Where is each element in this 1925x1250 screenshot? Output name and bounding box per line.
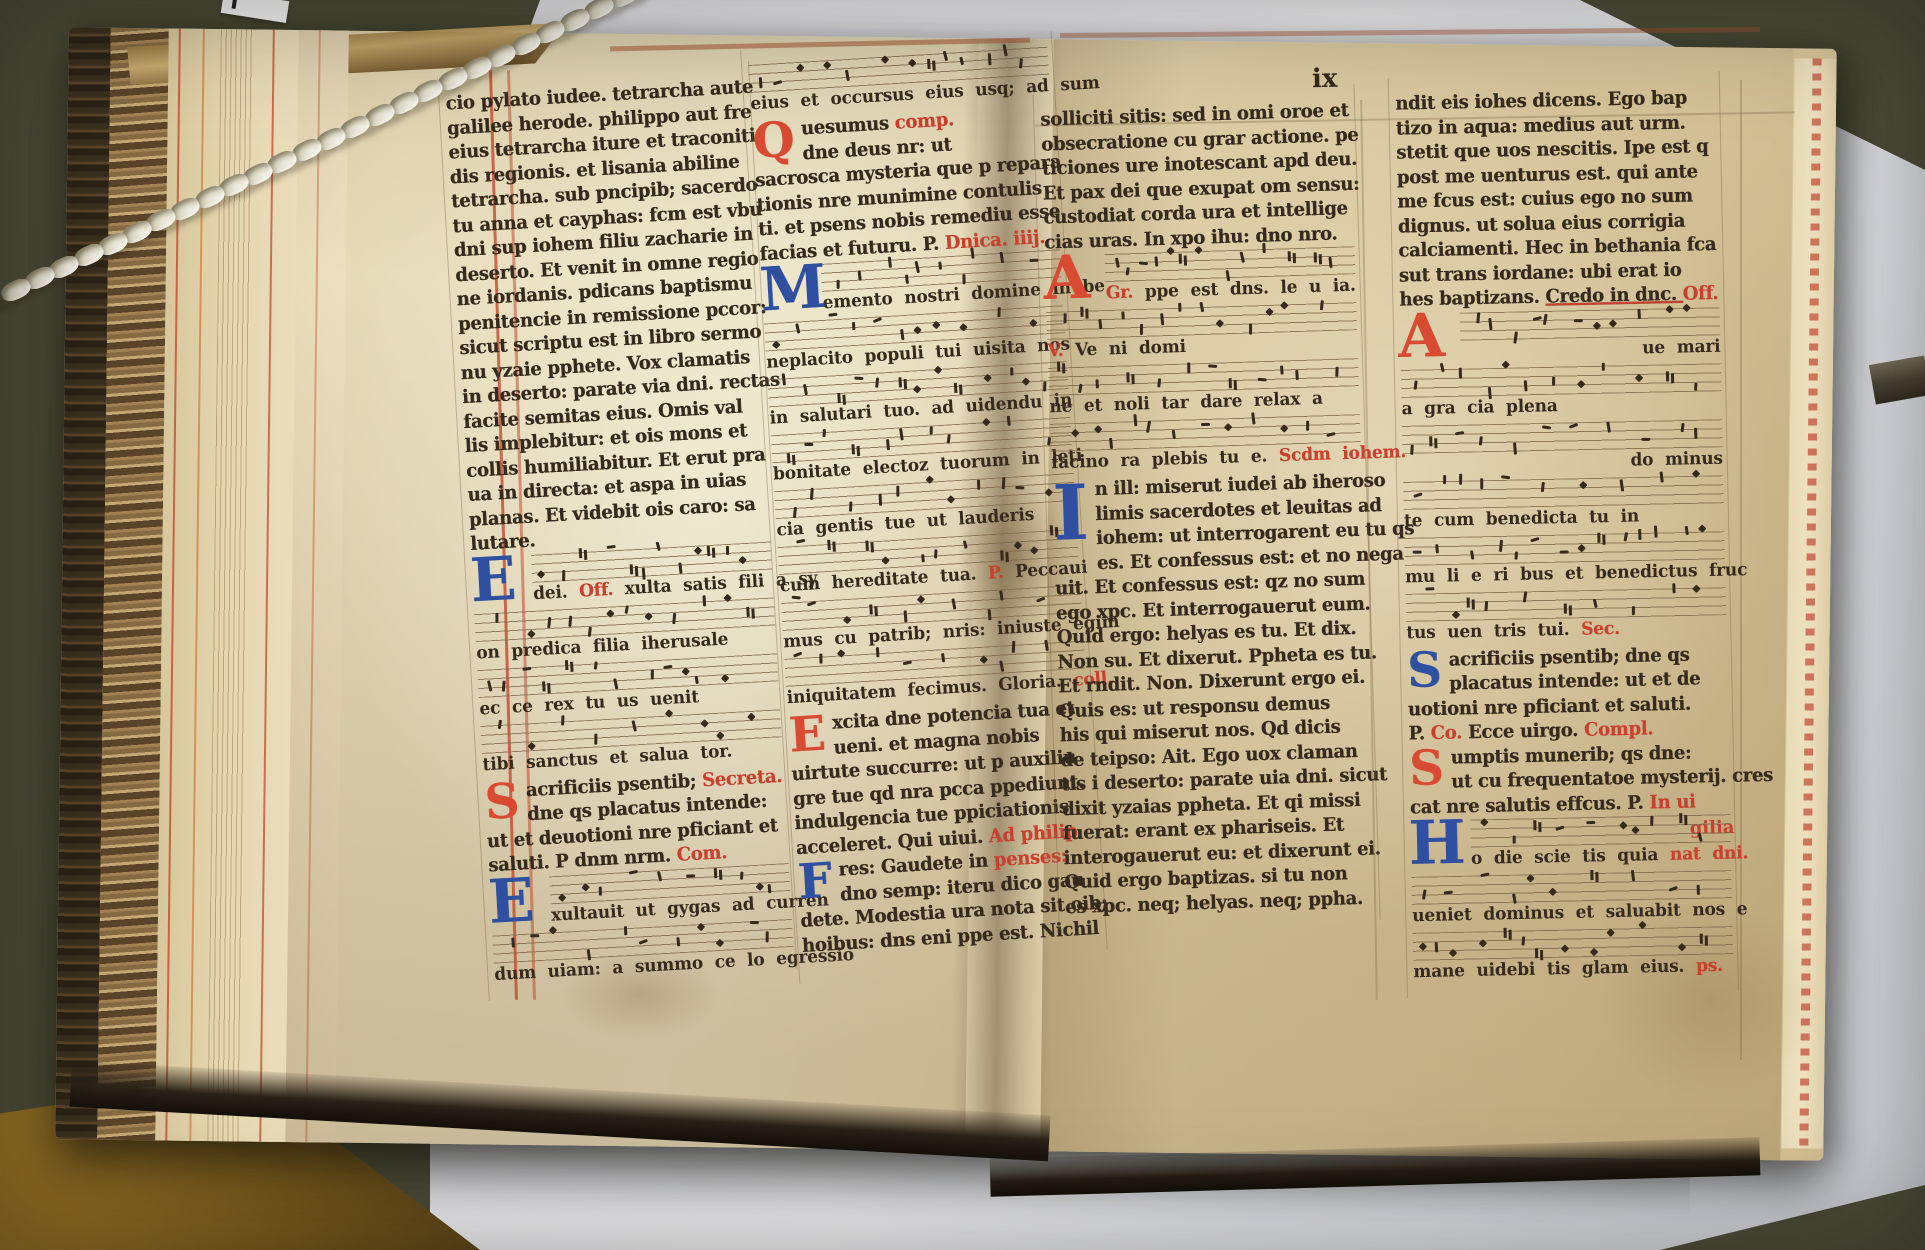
neume [823, 61, 831, 69]
neume [672, 612, 676, 623]
neume [697, 922, 705, 930]
neume [1172, 430, 1176, 440]
neume [1531, 536, 1540, 541]
neume [657, 871, 662, 882]
neume [624, 926, 627, 935]
rubric-text: Scdm iohem. [1279, 442, 1407, 467]
neume [1479, 939, 1487, 947]
neume [1696, 885, 1699, 895]
neume [1455, 431, 1464, 435]
neume [1476, 312, 1480, 324]
neume [714, 868, 718, 878]
neume [1694, 382, 1698, 390]
neume [1013, 541, 1021, 549]
illuminated-initial: H [1408, 815, 1466, 872]
neume [1257, 378, 1266, 382]
neume [1700, 934, 1703, 944]
neume [1155, 256, 1159, 266]
neume [497, 719, 501, 728]
neume [795, 323, 800, 333]
neume [1249, 323, 1252, 334]
neume [1320, 300, 1324, 311]
music-block: Aue maria gra cia plenado minuste cum be… [1400, 306, 1727, 649]
neume [1030, 546, 1038, 554]
neume [810, 488, 814, 500]
rubric-text: Compl. [1584, 718, 1654, 741]
neume [1109, 438, 1113, 449]
neume [845, 70, 850, 81]
neume [651, 669, 654, 679]
neume [1030, 319, 1038, 327]
neume [1160, 313, 1164, 325]
text-block: Sacrificiis psentib; Secreta.dne qs plac… [483, 764, 788, 879]
neume [527, 741, 535, 749]
rubric-text: V. [1047, 340, 1075, 361]
neume [1459, 473, 1462, 484]
neume [866, 541, 870, 551]
neume [1586, 821, 1595, 824]
neume [941, 653, 945, 662]
neume [804, 443, 813, 446]
neume [1094, 425, 1102, 433]
music-line: a gra cia plena [1401, 362, 1722, 425]
neume [886, 439, 890, 450]
neume [1126, 372, 1129, 382]
body-text: ue mari [1642, 336, 1721, 358]
neume [1095, 379, 1098, 388]
neume [1435, 544, 1439, 553]
neume [1187, 362, 1190, 373]
neume [1535, 948, 1538, 958]
neume [1295, 370, 1299, 380]
rubric-text: Off. [1682, 282, 1718, 305]
neume [1266, 308, 1274, 316]
neume [1698, 833, 1703, 842]
neume [1458, 367, 1461, 378]
neume [1443, 891, 1452, 895]
neume [988, 53, 992, 65]
tag-mark [232, 0, 238, 9]
neume [1619, 821, 1627, 829]
neume [1208, 364, 1217, 368]
paper-tag [221, 0, 290, 23]
neume [1043, 381, 1046, 391]
neume [1569, 422, 1578, 428]
neume [916, 595, 924, 603]
rubric-text: ps. [1696, 955, 1723, 976]
neume [717, 731, 725, 739]
neume [932, 321, 940, 329]
neume [588, 626, 592, 636]
neume [547, 616, 551, 627]
neume [765, 931, 768, 942]
neume [977, 480, 980, 490]
neume [694, 546, 702, 554]
rubric-text: P. [987, 562, 1015, 584]
neume [1057, 361, 1060, 371]
music-line: V. Ve ni domi [1046, 301, 1358, 367]
neume [581, 883, 589, 891]
neume [1000, 550, 1004, 560]
neume [1001, 477, 1005, 489]
neume [1590, 870, 1593, 880]
neume [1280, 365, 1284, 375]
neume [1677, 943, 1685, 951]
neume [1122, 311, 1125, 320]
metal-clasp [1869, 355, 1925, 404]
neume [629, 869, 638, 874]
neume [1592, 598, 1597, 607]
neume [686, 874, 695, 877]
rubric-text: Gr. [1106, 282, 1146, 304]
neume [502, 680, 506, 691]
neume [594, 733, 597, 744]
neume [625, 605, 629, 613]
neume [747, 712, 755, 720]
neume [487, 680, 492, 692]
neume [706, 545, 710, 555]
neume [1609, 319, 1617, 327]
illuminated-initial: M [758, 259, 828, 319]
neume [1422, 889, 1427, 899]
neume [1499, 539, 1503, 551]
neume [639, 938, 648, 944]
neume [1224, 423, 1232, 431]
neume [606, 609, 614, 617]
neume [930, 426, 933, 435]
neume [1335, 367, 1338, 378]
neume [1524, 380, 1528, 391]
neume [1313, 252, 1316, 262]
text-block: Excita dne potencia tua etueni. et magna… [788, 695, 1096, 860]
neume [1178, 303, 1181, 312]
neume [1036, 597, 1045, 603]
neume [1632, 826, 1640, 834]
neume [562, 570, 565, 581]
neume [1601, 362, 1604, 370]
neume [1541, 481, 1545, 492]
neume [1306, 421, 1309, 431]
music-line: ne et noli tar dare relax a [1048, 357, 1360, 423]
neume [1500, 475, 1509, 479]
neume [645, 612, 653, 620]
neume [1157, 378, 1161, 387]
neume [700, 719, 708, 727]
neume [1012, 641, 1016, 653]
neume [827, 540, 831, 550]
neume [1480, 872, 1489, 877]
neume [1019, 58, 1023, 68]
music-line: te cum benedicta tu in [1403, 474, 1724, 537]
neume [899, 377, 903, 387]
folio-number: ix [1312, 64, 1338, 94]
music-staff [1460, 307, 1721, 341]
body-text: dei. [533, 581, 580, 604]
neume [773, 80, 782, 85]
neume [1679, 813, 1682, 823]
neume [1044, 640, 1049, 652]
rubric-text: Sec. [1581, 618, 1620, 639]
illuminated-initial: E [487, 872, 536, 930]
manuscript-photo: ix cio pylato iudee. tetrarcha autegalil… [0, 0, 1925, 1250]
neume [1064, 313, 1067, 323]
neume [951, 598, 956, 609]
neume [1693, 584, 1701, 592]
neume [787, 453, 791, 463]
body-text: acrificiis psentib; dne qs [1448, 644, 1689, 671]
neume [1452, 610, 1460, 618]
neume [1624, 532, 1629, 541]
neume [852, 322, 855, 330]
neume [537, 570, 545, 578]
neume [726, 545, 729, 554]
neume [921, 554, 925, 562]
text-block: ndit eis iohes dicens. Ego baptizo in aq… [1395, 85, 1720, 312]
neume [702, 595, 706, 606]
neume [962, 274, 965, 284]
neume [903, 660, 912, 665]
neume [999, 590, 1003, 601]
music-block: Hgiliao die scie tis quia nat dni.ueniet… [1410, 813, 1733, 988]
neume [1485, 601, 1489, 611]
neume [587, 949, 592, 960]
neume [511, 937, 515, 947]
body-text: me fcus est: cuius ego no sum [1397, 185, 1693, 213]
neume [561, 715, 565, 725]
neume [1641, 437, 1650, 440]
neume [1559, 550, 1568, 553]
neume [1552, 376, 1555, 385]
neume [1470, 550, 1474, 560]
neume [1514, 551, 1518, 560]
neume [1288, 251, 1291, 261]
neume [768, 884, 772, 894]
neume [1139, 261, 1148, 265]
neume [715, 938, 723, 946]
body-text: Ecce uirgo. [1468, 719, 1584, 743]
neume [1564, 603, 1567, 613]
neume [1597, 532, 1600, 542]
neume [681, 667, 689, 675]
neume [927, 59, 931, 69]
rubric-text: comp. [894, 109, 955, 134]
neume [1579, 480, 1587, 488]
neume [899, 428, 904, 440]
music-block: Memento nostri domine in beneplacito pop… [760, 248, 1087, 713]
neume [1577, 379, 1585, 387]
neume [1413, 492, 1422, 498]
neume [954, 383, 958, 393]
neume [740, 871, 743, 879]
edge-red-line [259, 30, 275, 1142]
neume [613, 678, 618, 689]
neume [1280, 424, 1288, 432]
neume [1078, 384, 1082, 393]
neume [820, 654, 823, 664]
neume [1590, 948, 1598, 956]
body-text: Credo in dnc. [1545, 283, 1683, 308]
neume [1521, 936, 1525, 945]
body-text: Ve ni domi [1075, 337, 1186, 361]
neume [900, 329, 904, 340]
neume [1326, 432, 1335, 437]
neume [1229, 378, 1232, 388]
illuminated-initial: E [469, 550, 518, 608]
neume [1638, 528, 1641, 539]
neume [881, 556, 889, 564]
neume [578, 548, 582, 558]
neume [1140, 324, 1143, 335]
neume [1666, 371, 1669, 381]
music-line: tus uen tris tui. Sec. [1405, 586, 1726, 649]
neume [1010, 367, 1013, 375]
neume [1410, 444, 1414, 454]
body-text: o die scie tis quia [1471, 844, 1670, 869]
neume [959, 323, 967, 331]
neume [1414, 380, 1418, 389]
neume [1573, 319, 1582, 322]
neume [1488, 317, 1492, 329]
rubric-text: Com. [676, 842, 728, 867]
neume [1592, 321, 1600, 329]
neume [1098, 319, 1102, 329]
neume [793, 507, 797, 518]
neume [914, 326, 922, 334]
neume [1467, 597, 1470, 607]
neume [1532, 316, 1541, 321]
music-line: mane uidebi tis glam eius. ps. [1413, 925, 1734, 988]
neume [1630, 870, 1634, 881]
neume [772, 341, 780, 349]
neume [1542, 425, 1551, 429]
neume [1549, 888, 1557, 896]
neume [1635, 373, 1643, 381]
fore-edge-red-speckle [1799, 59, 1821, 1149]
neume [1022, 377, 1030, 385]
neume [1429, 436, 1432, 446]
neume [1126, 267, 1130, 275]
neume [1694, 427, 1697, 438]
illuminated-initial: A [1398, 308, 1446, 365]
text-block: Sacrificiis psentib; dne qsplacatus inte… [1407, 642, 1729, 747]
neume [1479, 436, 1483, 445]
neume [803, 384, 808, 395]
neume [1543, 313, 1548, 324]
body-text: uesumus [800, 112, 895, 140]
neume [869, 604, 873, 614]
neume [1443, 475, 1446, 484]
neume [1000, 252, 1005, 263]
neume [1240, 252, 1245, 264]
neume [1561, 944, 1569, 952]
rubric-text: nat dni. [1670, 843, 1749, 865]
neume [843, 616, 851, 624]
neume [875, 378, 879, 388]
neume [1016, 486, 1025, 490]
neume [1179, 254, 1182, 264]
neume [854, 376, 863, 380]
edge-red-line [165, 29, 181, 1141]
neume [1480, 478, 1483, 489]
neume [1418, 942, 1426, 950]
neume [1650, 816, 1653, 826]
neume [1413, 550, 1422, 553]
neume [999, 660, 1004, 671]
neume [629, 564, 633, 574]
neume [876, 647, 880, 658]
neume [980, 655, 988, 663]
music-line: do minus [1402, 418, 1723, 481]
body-text: ndit eis iohes dicens. Ego bap [1395, 87, 1687, 115]
neume [943, 51, 948, 61]
neume [1680, 422, 1684, 431]
neume [1527, 874, 1535, 882]
neume [558, 893, 566, 901]
neume [836, 280, 839, 289]
neume [746, 606, 750, 616]
body-text: a gra cia plena [1401, 395, 1557, 419]
body-text: umptis munerib; qs dne: [1450, 741, 1691, 768]
neume [1280, 301, 1288, 309]
neume [878, 494, 882, 506]
neume [1672, 583, 1675, 593]
neume [1071, 429, 1079, 437]
text-block: Quesumus comp.dne deus nr: utsacrosca my… [751, 102, 1059, 267]
neume [881, 55, 889, 63]
neume [1215, 319, 1223, 327]
rubric-text: Secreta. [701, 765, 782, 791]
text-block: cio pylato iudee. tetrarcha autegalilee … [445, 75, 771, 557]
neume [677, 937, 681, 946]
body-text: te cum benedicta tu in [1404, 505, 1640, 531]
neume [1533, 820, 1536, 830]
body-text: do minus [1630, 448, 1723, 471]
neume [1262, 243, 1265, 253]
neume [1425, 587, 1434, 590]
neume [631, 720, 636, 731]
music-line: ue mari [1400, 306, 1721, 369]
text-block: solliciti sitis: sed in omi oroe etobsec… [1040, 98, 1354, 255]
rubric-text: Off. [578, 578, 625, 601]
neume [896, 486, 899, 497]
neume [721, 674, 729, 682]
neume [947, 495, 955, 503]
neume [959, 57, 964, 66]
music-block: Edei. Off. xulta satis fili a syon predi… [471, 540, 783, 780]
neume [678, 562, 682, 573]
neume [1606, 928, 1614, 936]
neume [755, 882, 763, 890]
neume [1638, 308, 1642, 318]
neume [1513, 836, 1516, 844]
right-page-column-a: solliciti sitis: sed in omi oroe etobsec… [1040, 98, 1375, 919]
neume [858, 270, 862, 280]
neume [1115, 257, 1120, 268]
neume [522, 666, 531, 670]
right-page-column-b: ndit eis iohes dicens. Ego baptizo in aq… [1395, 85, 1734, 988]
neume [663, 664, 672, 668]
body-text: placatus intende: ut et de [1449, 668, 1701, 695]
left-page-column-a: cio pylato iudee. tetrarcha autegalilee … [445, 75, 795, 990]
text-block: In ill: miserut iudei ab iherosolimis sa… [1052, 469, 1376, 920]
music-line: mu li e ri bus et benedictus fruc [1404, 530, 1725, 593]
neume [1480, 818, 1488, 826]
music-line: facino ra plebis tu e. Scdm iohem. [1050, 413, 1362, 479]
neume [913, 385, 921, 393]
neume [738, 555, 746, 563]
neume [1632, 606, 1635, 615]
neume [565, 660, 569, 670]
